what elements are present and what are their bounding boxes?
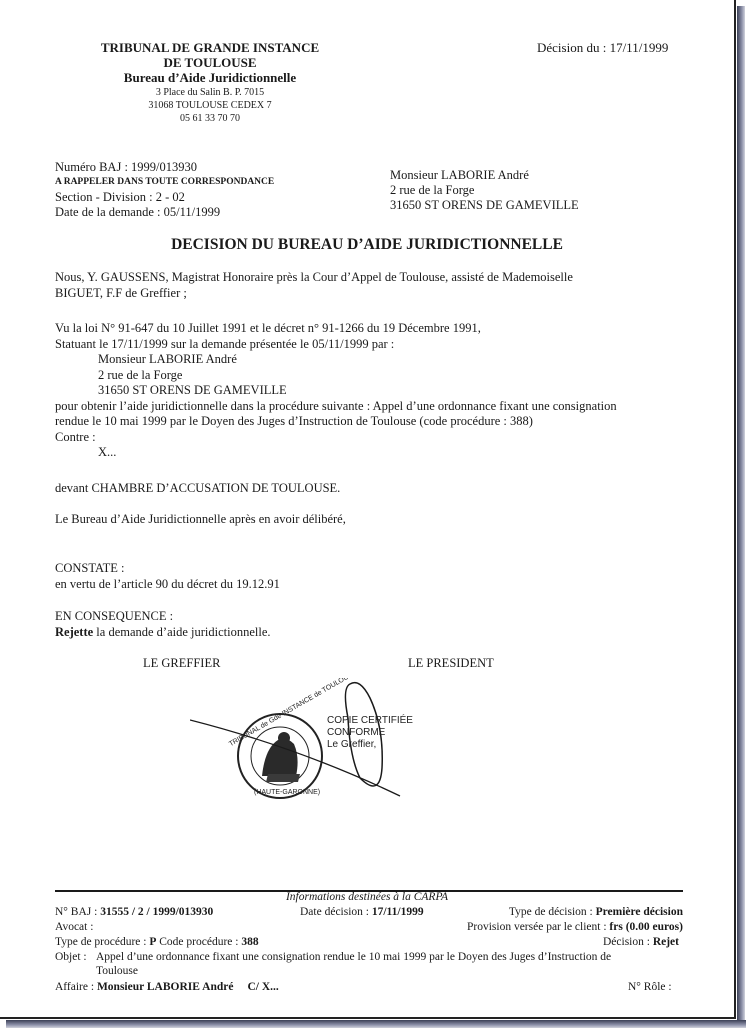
carpa-procedure: Type de procédure : P Code procédure : 3… [55, 935, 259, 949]
procedure-line2: rendue le 10 mai 1999 par le Doyen des J… [55, 414, 617, 430]
carpa-provision: Provision versée par le client : frs (0.… [467, 920, 683, 934]
recipient-city: 31650 ST ORENS DE GAMEVILLE [390, 198, 579, 213]
rejette-word: Rejette [55, 625, 93, 639]
court-address2: 31068 TOULOUSE CEDEX 7 [60, 99, 360, 112]
devant-line: devant CHAMBRE D’ACCUSATION DE TOULOUSE. [55, 481, 340, 497]
copie-line1: COPIE CERTIFIÉE [327, 715, 413, 727]
court-name-line1: TRIBUNAL DE GRANDE INSTANCE [60, 40, 360, 55]
legal-basis-paragraph: Vu la loi N° 91-647 du 10 Juillet 1991 e… [55, 321, 617, 461]
numero-baj: Numéro BAJ : 1999/013930 [55, 160, 274, 175]
certified-copy-stamp: COPIE CERTIFIÉE CONFORME Le Greffier, [327, 715, 413, 751]
court-header: TRIBUNAL DE GRANDE INSTANCE DE TOULOUSE … [60, 40, 360, 125]
copie-line2: CONFORME [327, 727, 413, 739]
carpa-objet: Appel d’une ordonnance fixant une consig… [96, 950, 611, 978]
applicant-street: 2 rue de la Forge [55, 368, 617, 384]
consequence-block: EN CONSEQUENCE : Rejette la demande d’ai… [55, 609, 271, 640]
page-shadow-bottom [6, 1020, 746, 1028]
carpa-role: N° Rôle : [628, 980, 672, 994]
intro-line2: BIGUET, F.F de Greffier ; [55, 286, 573, 302]
constate-heading: CONSTATE : [55, 561, 280, 577]
carpa-objet-label: Objet : [55, 950, 87, 964]
adverse-party: X... [55, 445, 617, 461]
court-name-line2: DE TOULOUSE [60, 55, 360, 70]
delibere-line: Le Bureau d’Aide Juridictionnelle après … [55, 512, 346, 528]
applicant-city: 31650 ST ORENS DE GAMEVILLE [55, 383, 617, 399]
carpa-baj: N° BAJ : 31555 / 2 / 1999/013930 [55, 905, 213, 919]
recipient-name: Monsieur LABORIE André [390, 168, 579, 183]
page-shadow-right [737, 6, 745, 1026]
decision-date: Décision du : 17/11/1999 [537, 40, 668, 56]
document-page: TRIBUNAL DE GRANDE INSTANCE DE TOULOUSE … [0, 0, 736, 1019]
document-title: DECISION DU BUREAU D’AIDE JURIDICTIONNEL… [0, 236, 734, 254]
statuant-line: Statuant le 17/11/1999 sur la demande pr… [55, 337, 617, 353]
carpa-title: Informations destinées à la CARPA [0, 891, 734, 903]
recipient-street: 2 rue de la Forge [390, 183, 579, 198]
reminder-note: A RAPPELER DANS TOUTE CORRESPONDANCE [55, 175, 274, 190]
carpa-avocat: Avocat : [55, 920, 93, 934]
bureau-name: Bureau d’Aide Juridictionnelle [60, 70, 360, 86]
court-address1: 3 Place du Salin B. P. 7015 [60, 86, 360, 99]
section-division: Section - Division : 2 - 02 [55, 190, 274, 205]
greffier-label: LE GREFFIER [143, 656, 220, 671]
carpa-decision: Décision : Rejet [603, 935, 679, 949]
constate-block: CONSTATE : en vertu de l’article 90 du d… [55, 561, 280, 592]
recipient-address: Monsieur LABORIE André 2 rue de la Forge… [390, 168, 579, 213]
court-phone: 05 61 33 70 70 [60, 112, 360, 125]
consequence-heading: EN CONSEQUENCE : [55, 609, 271, 625]
carpa-date: Date décision : 17/11/1999 [300, 905, 424, 919]
rejette-rest: la demande d’aide juridictionnelle. [93, 625, 270, 639]
date-demande: Date de la demande : 05/11/1999 [55, 205, 274, 220]
intro-paragraph: Nous, Y. GAUSSENS, Magistrat Honoraire p… [55, 270, 573, 301]
president-label: LE PRESIDENT [408, 656, 494, 671]
intro-line1: Nous, Y. GAUSSENS, Magistrat Honoraire p… [55, 270, 573, 286]
contre-label: Contre : [55, 430, 617, 446]
constate-text: en vertu de l’article 90 du décret du 19… [55, 577, 280, 593]
carpa-type: Type de décision : Première décision [509, 905, 683, 919]
procedure-line1: pour obtenir l’aide juridictionnelle dan… [55, 399, 617, 415]
applicant-name: Monsieur LABORIE André [55, 352, 617, 368]
carpa-affaire: Affaire : Monsieur LABORIE AndréC/ X... [55, 980, 279, 994]
svg-text:(HAUTE-GARONNE): (HAUTE-GARONNE) [254, 789, 320, 796]
vu-line: Vu la loi N° 91-647 du 10 Juillet 1991 e… [55, 321, 617, 337]
copie-line3: Le Greffier, [327, 739, 413, 751]
rejection-line: Rejette la demande d’aide juridictionnel… [55, 625, 271, 641]
reference-block: Numéro BAJ : 1999/013930 A RAPPELER DANS… [55, 160, 274, 220]
